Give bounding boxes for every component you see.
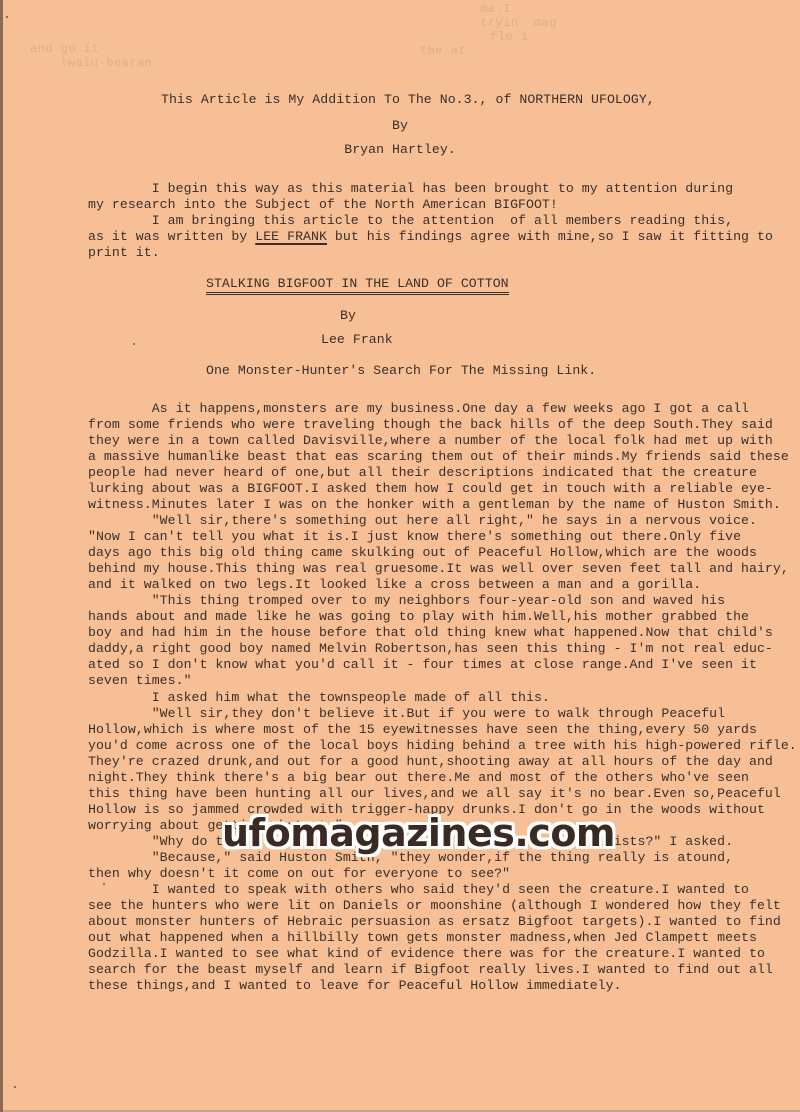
body-line: seven times.": [88, 673, 192, 689]
bleedthrough-text: and go it: [30, 42, 99, 56]
body-line: hands about and made like he was going t…: [88, 609, 749, 625]
body-line: They're crazed drunk,and out for a good …: [88, 754, 773, 770]
highlighted-author-name: LEE FRANK: [255, 229, 327, 244]
bleedthrough-text: ma.I: [480, 2, 511, 16]
document-page: ma.I tryin mag flo i the at and go it lw…: [0, 0, 800, 1112]
body-line: "This thing tromped over to my neighbors…: [88, 593, 725, 609]
body-line: As it happens,monsters are my business.O…: [88, 401, 749, 417]
bleedthrough-text: the at: [420, 44, 512, 58]
header-intro-line: This Article is My Addition To The No.3.…: [161, 92, 655, 108]
body-line: they were in a town called Davisville,wh…: [88, 433, 773, 449]
body-line: about monster hunters of Hebraic persuas…: [88, 914, 781, 930]
body-line: I asked him what the townspeople made of…: [88, 690, 550, 706]
preface-line: print it.: [88, 245, 160, 261]
speck: [14, 1086, 16, 1088]
speck: [133, 343, 135, 345]
body-line: then why doesn't it come on out for ever…: [88, 866, 510, 882]
article-subtitle: One Monster-Hunter's Search For The Miss…: [206, 363, 596, 379]
body-line: and it walked on two legs.It looked like…: [88, 577, 701, 593]
body-line: this thing have been hunting all our liv…: [88, 786, 781, 802]
speck: [6, 16, 8, 18]
header-by: By: [0, 118, 800, 134]
body-line: a massive humanlike beast that eas scari…: [88, 449, 789, 465]
body-line: "Well sir,there's something out here all…: [88, 513, 757, 529]
preface-line: as it was written by LEE FRANK but his f…: [88, 229, 773, 245]
body-line: ated so I don't know what you'd call it …: [88, 657, 757, 673]
article-title: STALKING BIGFOOT IN THE LAND OF COTTON: [206, 276, 509, 292]
body-line: witness.Minutes later I was on the honke…: [88, 497, 781, 513]
body-line: out what happened when a hillbilly town …: [88, 930, 757, 946]
bleedthrough-text: flo i: [490, 30, 529, 44]
body-line: people had never heard of one,but all th…: [88, 465, 757, 481]
preface-line: I begin this way as this material has be…: [88, 181, 733, 197]
body-line: see the hunters who were lit on Daniels …: [88, 898, 781, 914]
speck: [103, 883, 105, 885]
body-line: daddy,a right good boy named Melvin Robe…: [88, 641, 773, 657]
article-by: By: [340, 308, 356, 324]
watermark: ufomagazines.com: [222, 810, 582, 856]
article-author: Lee Frank: [321, 332, 393, 348]
body-line: these things,and I wanted to leave for P…: [88, 978, 622, 994]
body-line: from some friends who were traveling tho…: [88, 417, 773, 433]
bleedthrough-text: tryin mag: [480, 16, 557, 30]
body-line: Godzilla.I wanted to see what kind of ev…: [88, 946, 765, 962]
article-title-text: STALKING BIGFOOT IN THE LAND OF COTTON: [206, 276, 509, 295]
body-line: days ago this big old thing came skulkin…: [88, 545, 757, 561]
body-line: "Well sir,they don't believe it.But if y…: [88, 706, 725, 722]
body-line: "Now I can't tell you what it is.I just …: [88, 529, 741, 545]
preface-line: my research into the Subject of the Nort…: [88, 197, 558, 213]
body-line: I wanted to speak with others who said t…: [88, 882, 749, 898]
speck: [164, 100, 166, 102]
header-author: Bryan Hartley.: [0, 142, 800, 158]
body-line: search for the beast myself and learn if…: [88, 962, 773, 978]
body-line: lurking about was a BIGFOOT.I asked them…: [88, 481, 773, 497]
body-line: behind my house.This thing was real grue…: [88, 561, 789, 577]
body-line: night.They think there's a big bear out …: [88, 770, 749, 786]
body-line: boy and had him in the house before that…: [88, 625, 773, 641]
body-line: you'd come across one of the local boys …: [88, 738, 797, 754]
preface-line: I am bringing this article to the attent…: [88, 213, 733, 229]
bleedthrough-text: lwaiu-bearan: [60, 56, 152, 70]
body-line: Hollow,which is where most of the 15 eye…: [88, 722, 757, 738]
